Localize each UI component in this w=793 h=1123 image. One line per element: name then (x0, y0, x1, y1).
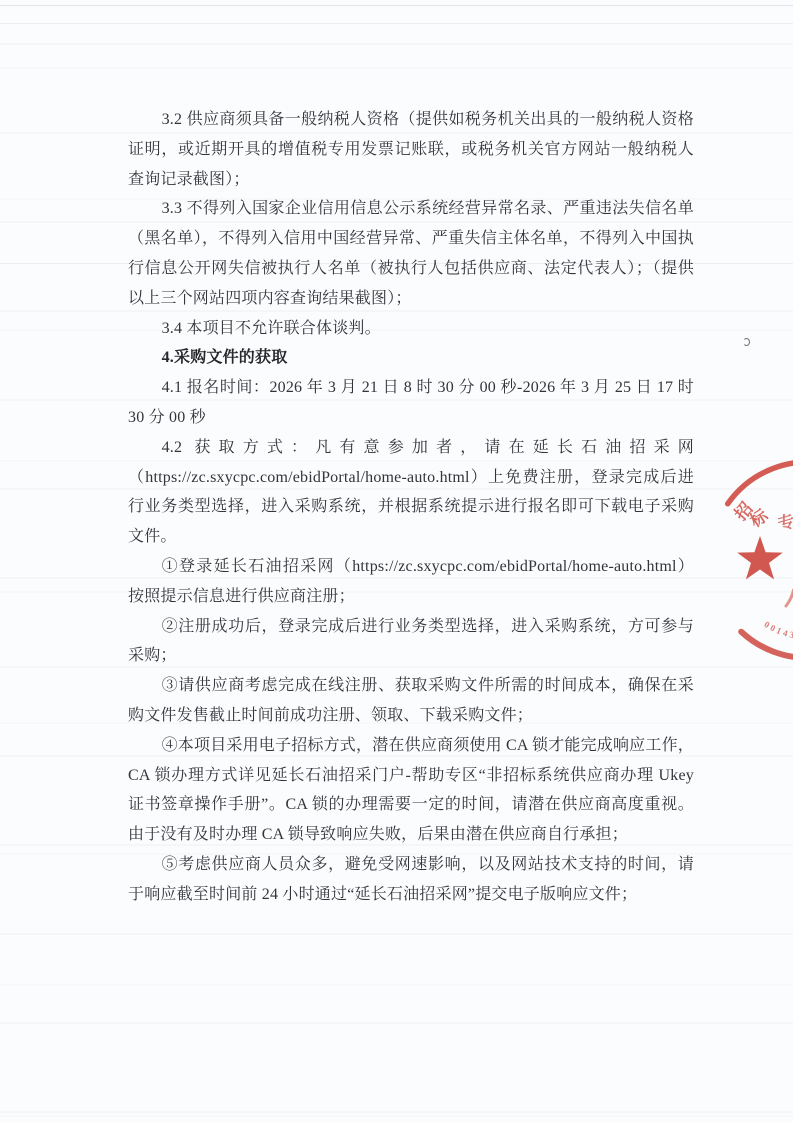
seal-star-icon (737, 536, 783, 579)
document-page: 3.2 供应商须具备一般纳税人资格（提供如税务机关出具的一般纳税人资格证明，或近… (128, 105, 694, 910)
portal-url: （https://zc.sxycpc.com/ebidPortal/home-a… (335, 558, 694, 575)
step-3: ③请供应商考虑完成在线注册、获取采购文件所需的时间成本，确保在采购文件发售截止时… (128, 671, 694, 731)
portal-url: （https://zc.sxycpc.com/ebidPortal/home-a… (128, 469, 488, 486)
step-5: ⑤考虑供应商人员众多，避免受网速影响，以及网站技术支持的时间，请于响应截至时间前… (128, 850, 694, 910)
seal-arc-char: 专 (775, 510, 793, 534)
step-4: ④本项目采用电子招标方式，潜在供应商须使用 CA 锁才能完成响应工作，CA 锁办… (128, 731, 694, 850)
seal-fragment (786, 590, 793, 606)
para-3-4: 3.4 本项目不允许联合体谈判。 (128, 314, 694, 344)
seal-serial-number: 00143 (762, 619, 793, 640)
para-4-2-lead: 4.2 获取方式：凡有意参加者，请在延长石油招采网 (162, 439, 694, 456)
para-4-1: 4.1 报名时间：2026 年 3 月 21 日 8 时 30 分 00 秒-2… (128, 373, 694, 433)
para-3-2: 3.2 供应商须具备一般纳税人资格（提供如税务机关出具的一般纳税人资格证明，或近… (128, 105, 694, 194)
para-4-2: 4.2 获取方式：凡有意参加者，请在延长石油招采网（https://zc.sxy… (128, 433, 694, 552)
step-1-rest: 按照提示信息进行供应商注册； (128, 588, 355, 605)
section-heading-4: 4.采购文件的获取 (128, 343, 694, 373)
para-3-3: 3.3 不得列入国家企业信用信息公示系统经营异常名录、严重违法失信名单（黑名单）… (128, 194, 694, 313)
red-seal-stamp: 招 标 专 00143 (700, 455, 793, 685)
step-1-lead: ①登录延长石油招采网 (162, 558, 335, 575)
scan-line (0, 23, 793, 24)
scan-speck (743, 338, 750, 346)
step-1: ①登录延长石油招采网（https://zc.sxycpc.com/ebidPor… (128, 552, 694, 612)
scan-line-top (0, 5, 793, 6)
step-2: ②注册成功后，登录完成后进行业务类型选择，进入采购系统，方可参与采购； (128, 612, 694, 672)
